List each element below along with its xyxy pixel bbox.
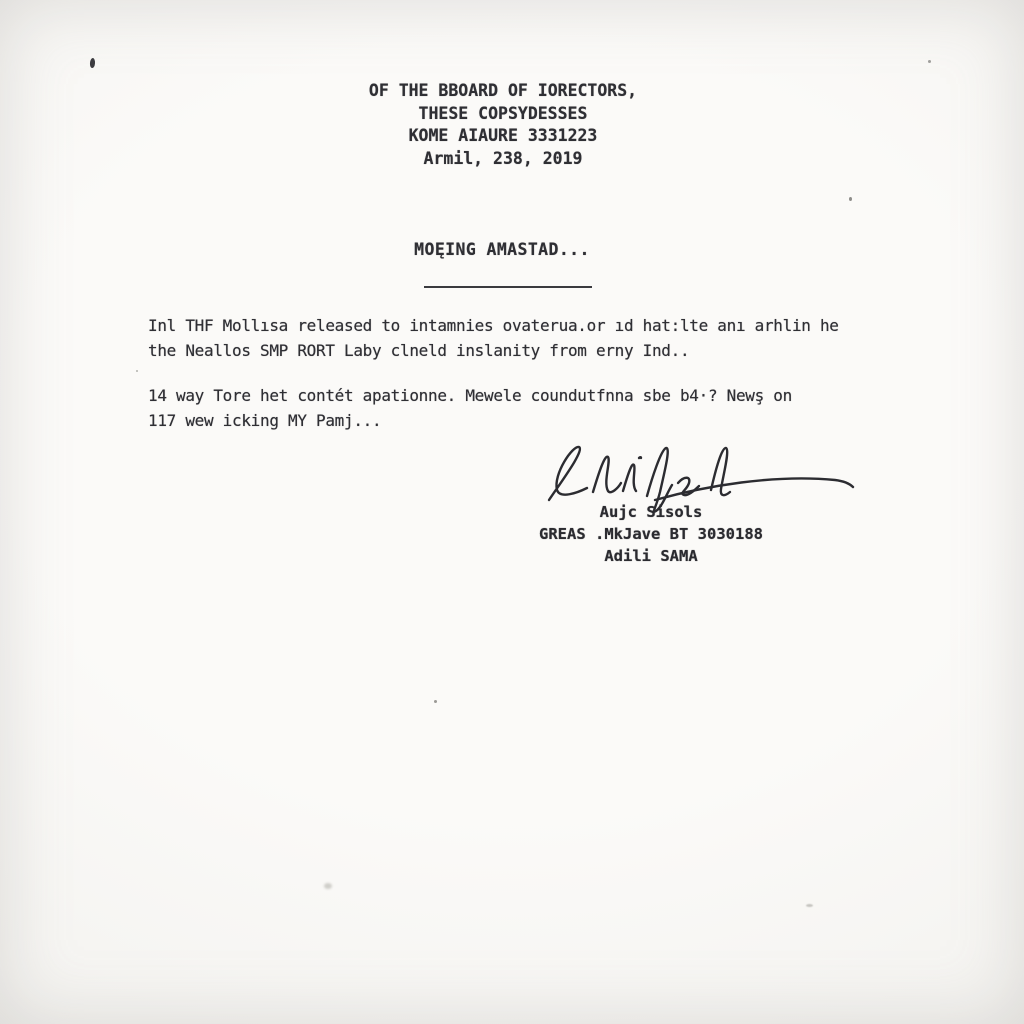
signatory-org: Adili SAMA: [535, 545, 767, 567]
scan-artifact-dot: [434, 700, 437, 703]
scan-artifact-smudge: [806, 904, 813, 907]
paragraph-line: 117 wew icking MY Pamj...: [148, 408, 792, 433]
scan-artifact-dot: [849, 197, 852, 201]
scanned-document-page: OF THE BBOARD OF IORECTORS, THESE COPSYD…: [0, 0, 1024, 1024]
header-line: OF THE BBOARD OF IORECTORS,: [369, 80, 637, 103]
paragraph-line: the Neallos SMP RORT Laby clneld inslani…: [148, 338, 839, 363]
header-line: Armil, 238, 2019: [369, 148, 637, 171]
scan-artifact-smudge: [324, 883, 332, 889]
document-header: OF THE BBOARD OF IORECTORS, THESE COPSYD…: [369, 80, 637, 170]
paragraph-line: Inl THF Mollısa released to intamnies ov…: [148, 313, 839, 338]
title-underline-rule: [424, 286, 592, 288]
paragraph-2: 14 way Tore het contét apationne. Mewele…: [148, 383, 792, 433]
scan-artifact-dot: [928, 60, 931, 63]
scan-artifact-dot: [136, 370, 138, 372]
signature-block: Aujc Sisols GREAS .MkJave BT 3030188 Adi…: [535, 501, 767, 567]
signatory-name: Aujc Sisols: [535, 501, 767, 523]
document-title: MOĘING AMASTAD...: [414, 240, 590, 259]
paragraph-line: 14 way Tore het contét apationne. Mewele…: [148, 383, 792, 408]
paragraph-1: Inl THF Mollısa released to intamnies ov…: [148, 313, 839, 363]
header-line: THESE COPSYDESSES: [369, 103, 637, 126]
header-line: KOME AIAURE 3331223: [369, 125, 637, 148]
scan-artifact-mark: [90, 58, 96, 68]
signatory-reference: GREAS .MkJave BT 3030188: [535, 523, 767, 545]
